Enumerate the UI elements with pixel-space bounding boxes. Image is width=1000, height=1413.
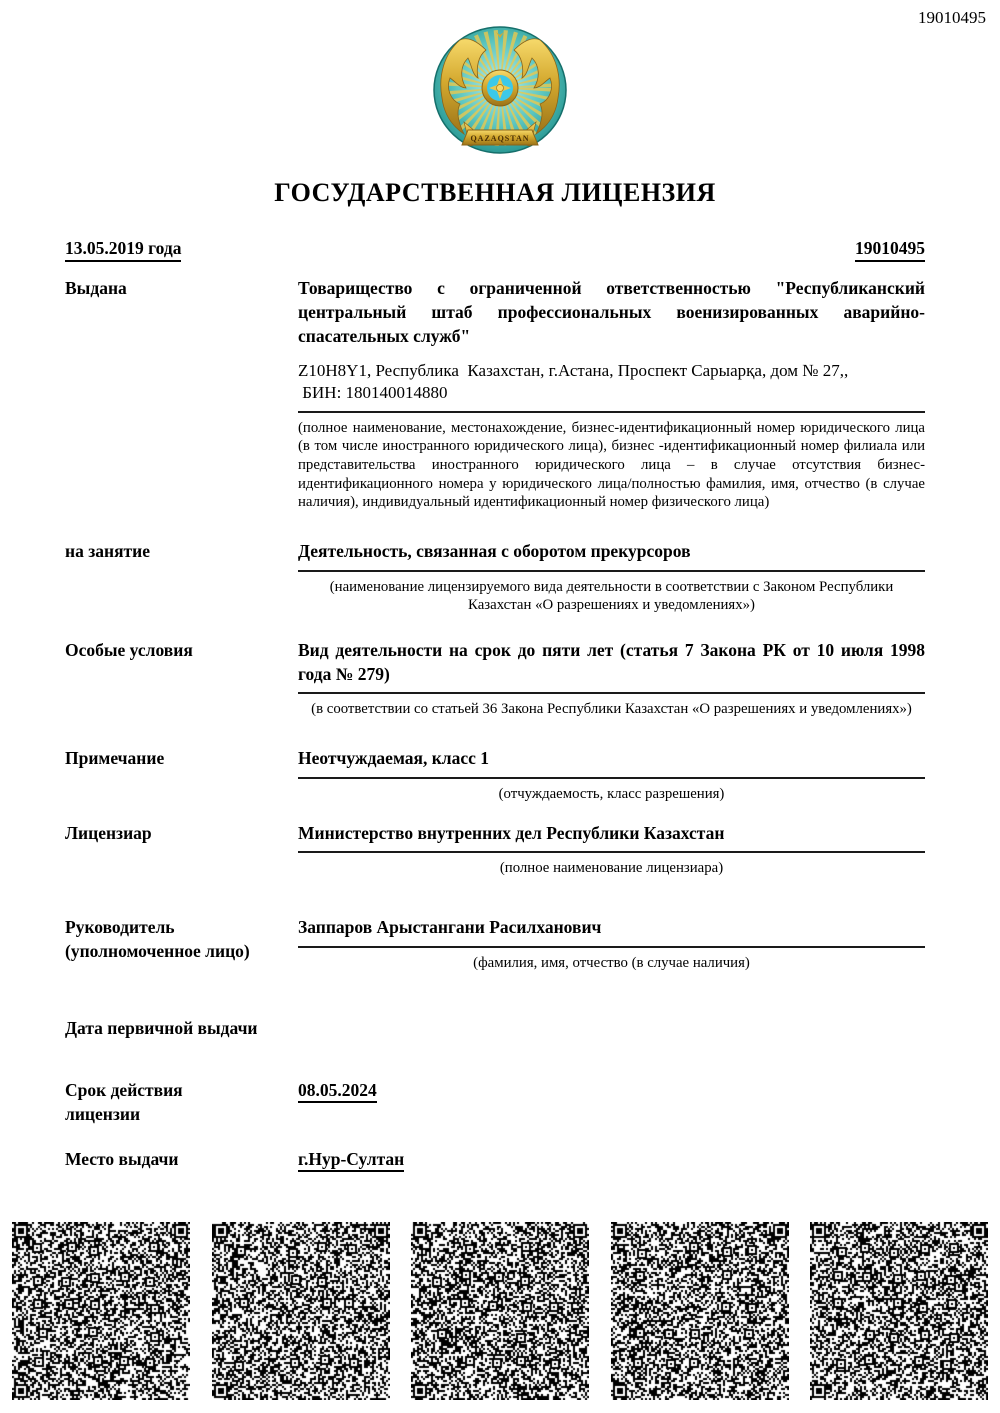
special-conditions-caption: (в соответствии со статьей 36 Закона Рес… [298,700,925,719]
field-first-issue: Дата первичной выдачи [65,1017,925,1041]
issue-date: 13.05.2019 года [65,238,181,262]
note-label: Примечание [65,747,298,803]
head-value: Заппаров Арыстангани Расилханович [298,916,925,940]
field-note: Примечание Неотчуждаемая, класс 1 (отчуж… [65,747,925,803]
activity-value: Деятельность, связанная с оборотом преку… [298,540,925,564]
field-special-conditions: Особые условия Вид деятельности на срок … [65,639,925,719]
validity-label-line1: Срок действия [65,1080,183,1100]
licensor-caption: (полное наименование лицензиара) [298,859,925,878]
validity-label: Срок действиялицензии [65,1079,298,1126]
qr-code-2 [212,1222,390,1400]
validity-label-line2: лицензии [65,1104,140,1124]
note-value: Неотчуждаемая, класс 1 [298,747,925,771]
qr-code-3 [411,1222,589,1400]
place-value: г.Нур-Султан [298,1148,925,1172]
issued-to-label: Выдана [65,277,298,512]
note-caption: (отчуждаемость, класс разрешения) [298,785,925,804]
activity-caption: (наименование лицензируемого вида деятел… [298,578,925,615]
first-issue-label: Дата первичной выдачи [65,1017,298,1041]
special-conditions-value: Вид деятельности на срок до пяти лет (ст… [298,639,925,687]
emblem-banner-text: QAZAQSTAN [470,134,529,143]
head-caption: (фамилия, имя, отчество (в случае наличи… [298,954,925,973]
head-label-line2: (уполномоченное лицо) [65,941,250,961]
document-number-top: 19010495 [918,8,986,28]
divider-line [298,946,925,948]
place-label: Место выдачи [65,1148,298,1172]
license-document: 19010495 [0,0,1000,1413]
field-validity: Срок действиялицензии 08.05.2024 [65,1079,925,1126]
head-label: Руководитель(уполномоченное лицо) [65,916,298,972]
validity-date: 08.05.2024 [298,1080,377,1103]
field-issued-to: Выдана Товарищество с ограниченной ответ… [65,277,925,512]
qr-code-5 [810,1222,988,1400]
divider-line [298,570,925,572]
qr-code-1 [12,1222,190,1400]
address-line1: Z10H8Y1, Республика Казахстан, г.Астана,… [298,361,848,380]
qr-code-4 [611,1222,789,1400]
divider-line [298,411,925,413]
special-conditions-label: Особые условия [65,639,298,719]
divider-line [298,851,925,853]
kazakhstan-coat-of-arms-icon: QAZAQSTAN [430,26,570,160]
issued-to-caption: (полное наименование, местонахождение, б… [298,419,925,512]
activity-label: на занятие [65,540,298,615]
emblem-container: QAZAQSTAN [0,0,1000,160]
license-number: 19010495 [855,238,925,262]
field-head: Руководитель(уполномоченное лицо) Заппар… [65,916,925,972]
issued-to-value: Товарищество с ограниченной ответственно… [298,277,925,348]
barcode-strip [12,1222,988,1400]
divider-line [298,692,925,694]
date-number-row: 13.05.2019 года 19010495 [65,238,925,262]
issued-to-address: Z10H8Y1, Республика Казахстан, г.Астана,… [298,360,925,404]
validity-value: 08.05.2024 [298,1079,925,1103]
divider-line [298,777,925,779]
address-line2: БИН: 180140014880 [298,383,448,402]
field-place: Место выдачи г.Нур-Султан [65,1148,925,1172]
document-title: ГОСУДАРСТВЕННАЯ ЛИЦЕНЗИЯ [65,178,925,208]
place-city: г.Нур-Султан [298,1149,404,1172]
head-label-line1: Руководитель [65,917,175,937]
licensor-value: Министерство внутренних дел Республики К… [298,822,925,846]
field-activity: на занятие Деятельность, связанная с обо… [65,540,925,615]
document-body: ГОСУДАРСТВЕННАЯ ЛИЦЕНЗИЯ 13.05.2019 года… [0,178,1000,1172]
field-licensor: Лицензиар Министерство внутренних дел Ре… [65,822,925,878]
licensor-label: Лицензиар [65,822,298,878]
